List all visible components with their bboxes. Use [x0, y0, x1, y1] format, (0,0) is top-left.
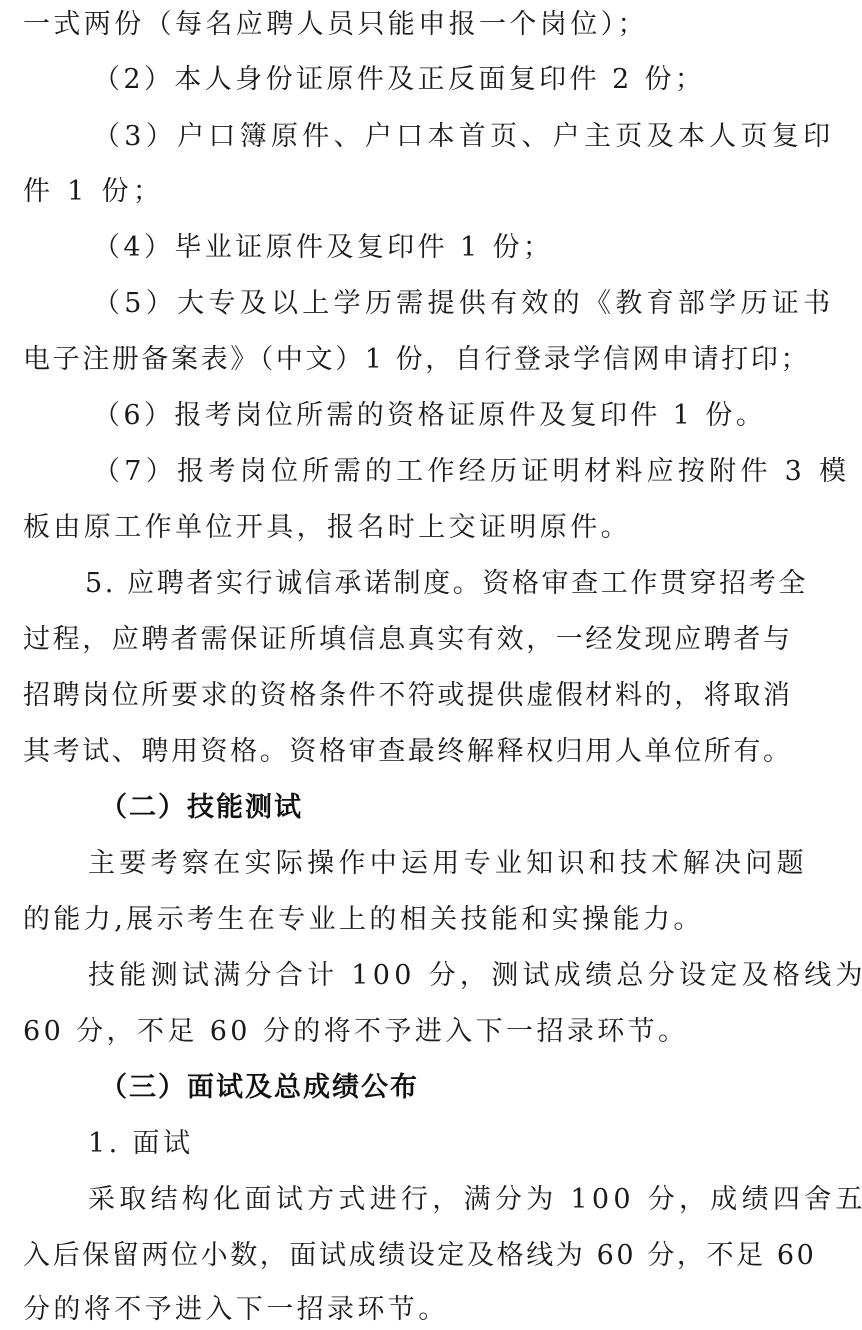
paragraph-line: 过程，应聘者需保证所填信息真实有效，一经发现应聘者与 — [23, 612, 793, 668]
paragraph-line: 主要考察在实际操作中运用专业知识和技术解决问题 — [88, 836, 808, 892]
paragraph-line: 技能测试满分合计 100 分，测试成绩总分设定及格线为 — [88, 948, 862, 1004]
list-item-2: （2）本人身份证原件及正反面复印件 2 份； — [93, 52, 705, 108]
paragraph-line: 的能力,展示考生在专业上的相关技能和实操能力。 — [23, 892, 704, 948]
list-item-7: （7）报考岗位所需的工作经历证明材料应按附件 3 模 — [93, 444, 850, 500]
paragraph-line: 入后保留两位小数，面试成绩设定及格线为 60 分，不足 60 — [23, 1228, 816, 1284]
paragraph-line: 板由原工作单位开具，报名时上交证明原件。 — [23, 500, 631, 556]
section-heading-skill-test: （二）技能测试 — [100, 780, 303, 836]
list-item-6: （6）报考岗位所需的资格证原件及复印件 1 份。 — [93, 388, 766, 444]
paragraph-line: 分的将不予进入下一招录环节。 — [23, 1282, 449, 1330]
paragraph-line: 招聘岗位所要求的资格条件不符或提供虚假材料的，将取消 — [23, 668, 793, 724]
list-item-3: （3）户口簿原件、户口本首页、户主页及本人页复印 — [93, 109, 834, 165]
numbered-item-5: 5. 应聘者实行诚信承诺制度。资格审查工作贯穿招考全 — [85, 556, 808, 612]
paragraph-line: 60 分，不足 60 分的将不予进入下一招录环节。 — [23, 1004, 688, 1060]
paragraph-line: 电子注册备案表》（中文）1 份，自行登录学信网申请打印； — [23, 332, 810, 388]
paragraph-line: 采取结构化面试方式进行，满分为 100 分，成绩四舍五 — [88, 1172, 862, 1228]
list-item-4: （4）毕业证原件及复印件 1 份； — [93, 220, 553, 276]
paragraph-line: 一式两份（每名应聘人员只能申报一个岗位）； — [23, 0, 648, 53]
section-heading-interview: （三）面试及总成绩公布 — [100, 1060, 419, 1116]
paragraph-line: 件 1 份； — [23, 164, 164, 220]
list-item-5: （5）大专及以上学历需提供有效的《教育部学历证书 — [93, 276, 834, 332]
paragraph-line: 其考试、聘用资格。资格审查最终解释权归用人单位所有。 — [23, 724, 793, 780]
subsection-heading-interview: 1. 面试 — [88, 1116, 193, 1172]
